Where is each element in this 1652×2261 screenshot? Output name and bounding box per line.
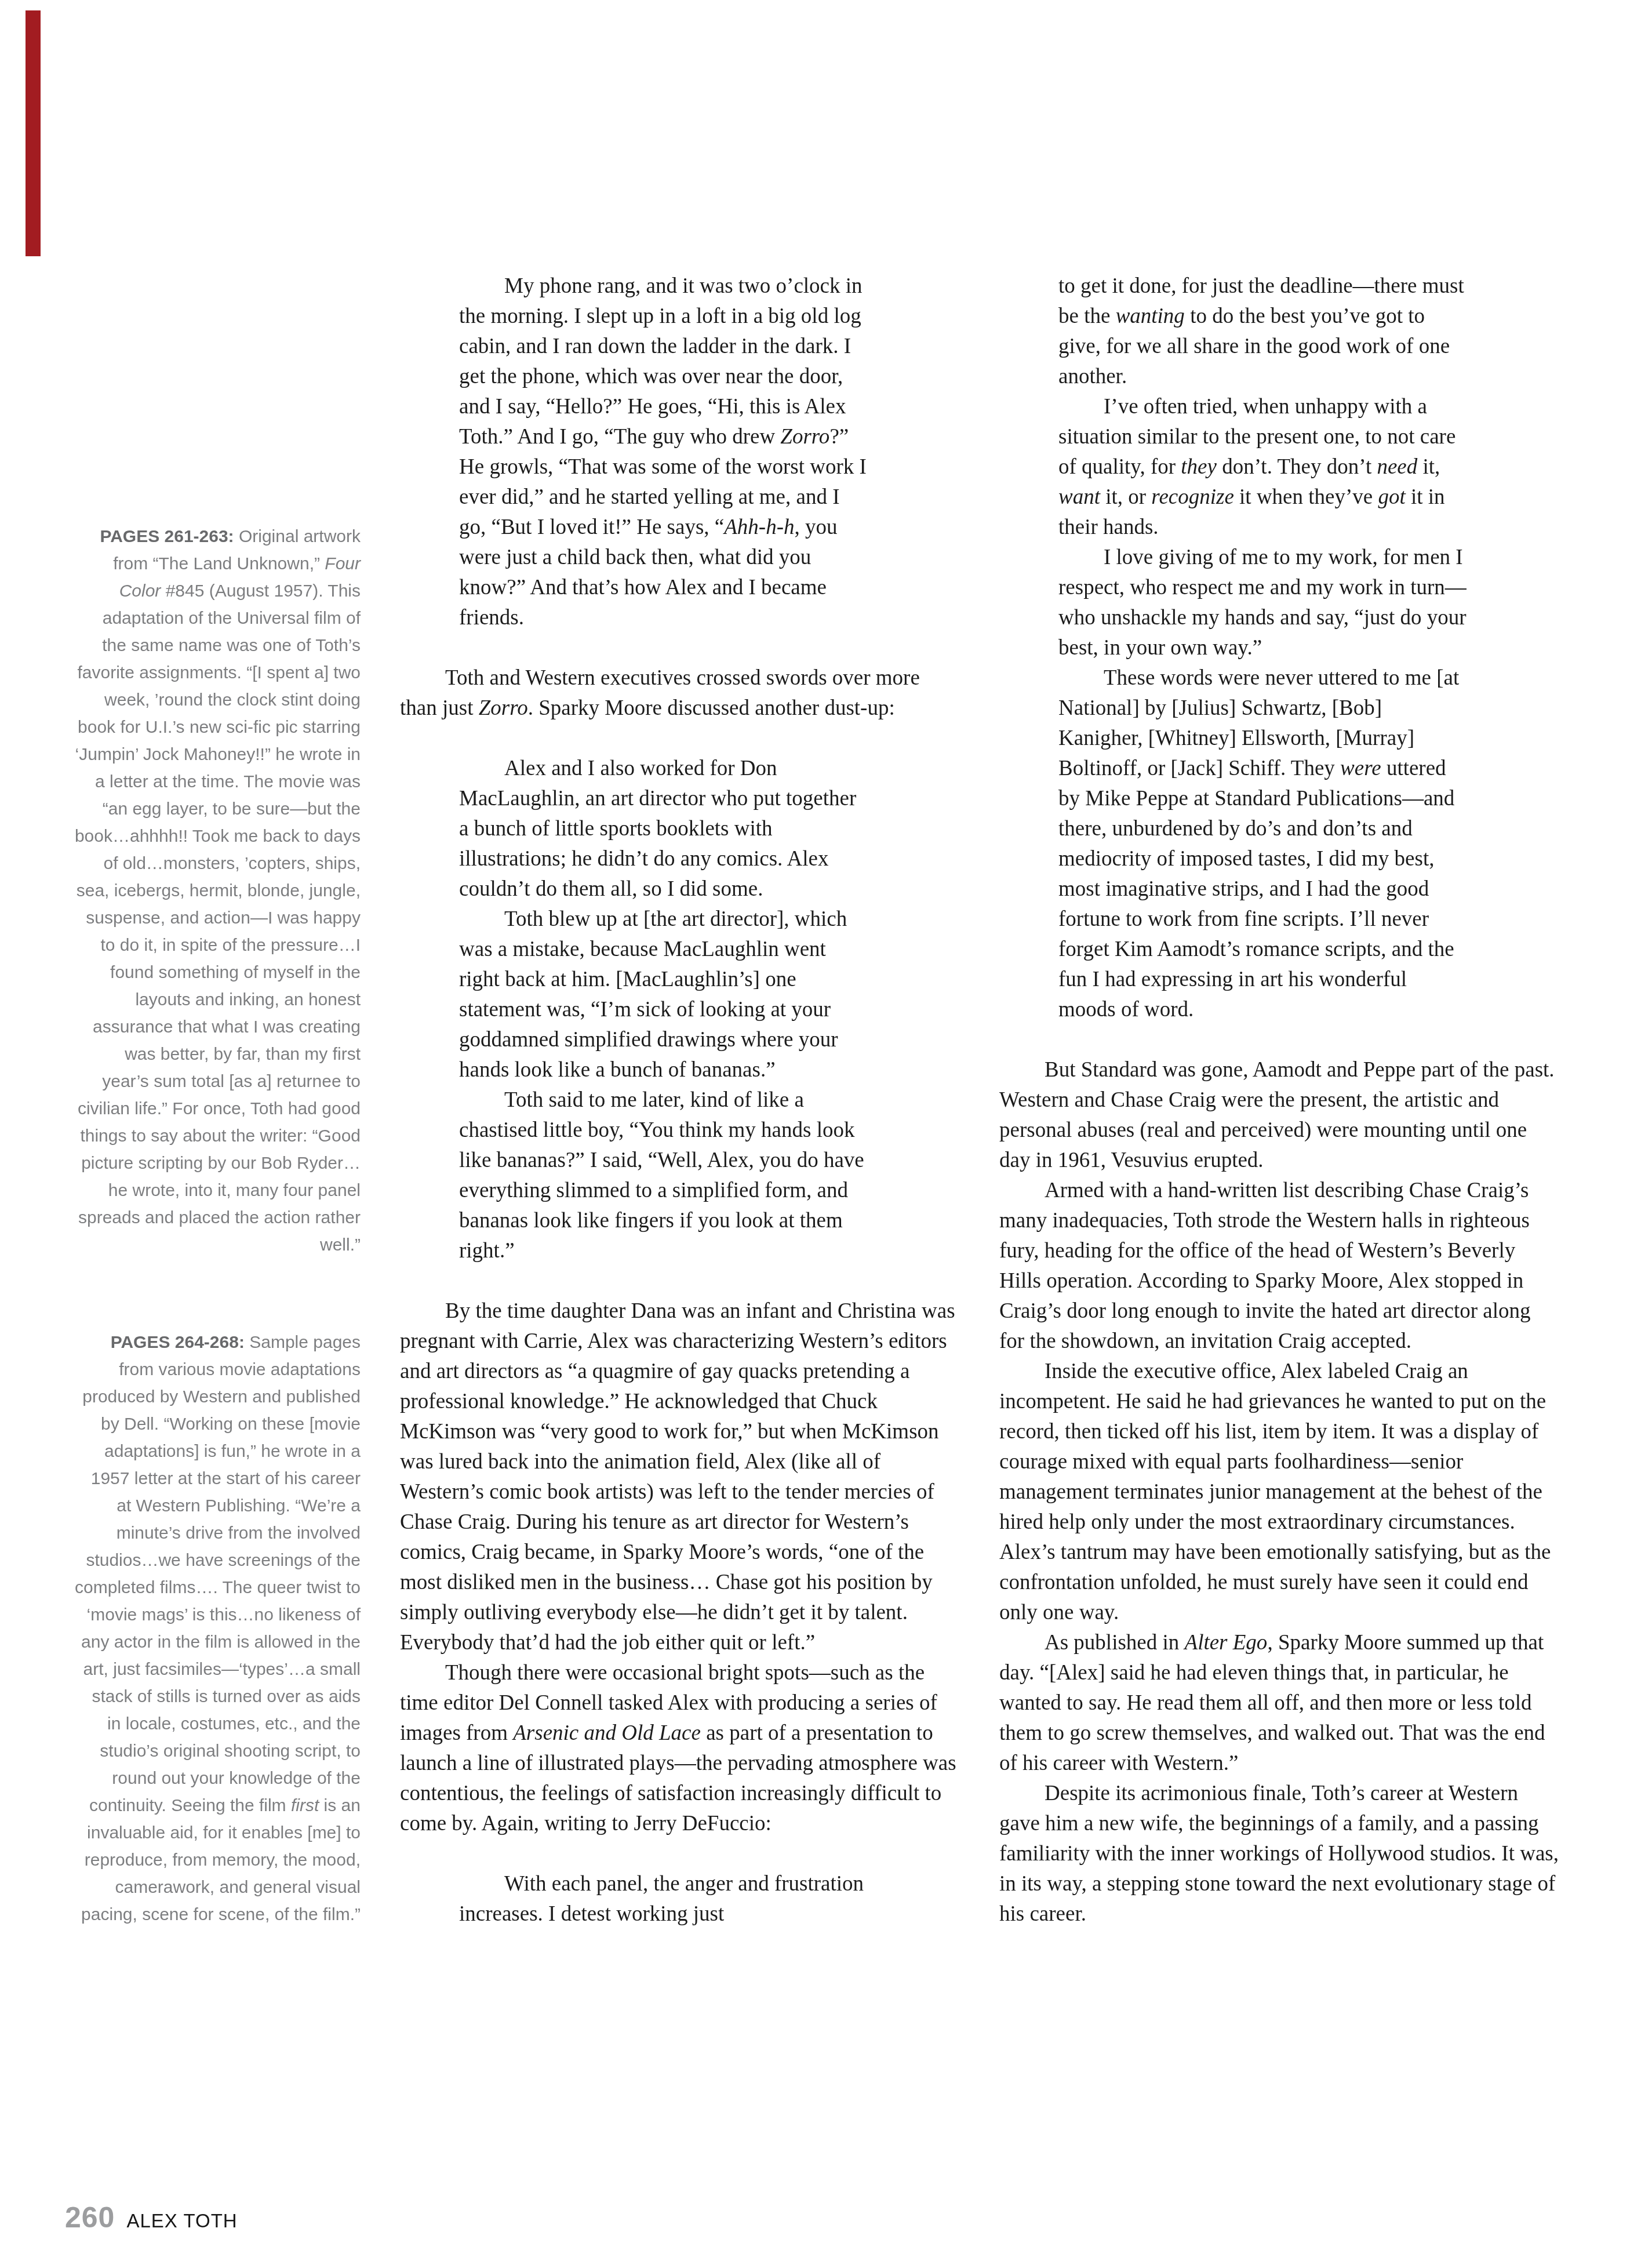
sidebar-caption-pages-264-268: PAGES 264-268: Sample pages from various… [74, 1329, 361, 1928]
paragraph: Toth blew up at [the art director], whic… [459, 904, 869, 1085]
paragraph: But Standard was gone, Aamodt and Peppe … [999, 1055, 1560, 1176]
paragraph: Despite its acrimonious finale, Toth’s c… [999, 1779, 1560, 1929]
paragraph: I love giving of me to my work, for men … [1058, 543, 1469, 663]
caption-label: PAGES 261-263: [100, 527, 239, 546]
paragraph: Armed with a hand-written list describin… [999, 1176, 1560, 1357]
paragraph: Alex and I also worked for Don MacLaughl… [459, 754, 869, 904]
paragraph: Toth and Western executives crossed swor… [400, 663, 961, 724]
paragraph: With each panel, the anger and frustrati… [459, 1869, 869, 1929]
blockquote: Alex and I also worked for Don MacLaughl… [400, 754, 961, 1266]
sidebar-caption-pages-261-263: PAGES 261-263: Original artwork from “Th… [74, 523, 361, 1259]
blockquote: With each panel, the anger and frustrati… [400, 1869, 961, 1929]
caption-label: PAGES 264-268: [111, 1333, 250, 1352]
paragraph: By the time daughter Dana was an infant … [400, 1296, 961, 1658]
paragraph: As published in Alter Ego, Sparky Moore … [999, 1628, 1560, 1779]
paragraph: Toth said to me later, kind of like a ch… [459, 1085, 869, 1266]
paragraph: to get it done, for just the deadline—th… [1058, 271, 1469, 392]
text-column-right: to get it done, for just the deadline—th… [999, 271, 1560, 1929]
text-column-left: My phone rang, and it was two o’clock in… [400, 271, 961, 1960]
blockquote: to get it done, for just the deadline—th… [999, 271, 1560, 1025]
paragraph: Inside the executive office, Alex labele… [999, 1357, 1560, 1628]
paragraph-group: Toth and Western executives crossed swor… [400, 663, 961, 724]
footer-book-title: ALEX TOTH [126, 2210, 237, 2232]
paragraph-group: By the time daughter Dana was an infant … [400, 1296, 961, 1839]
paragraph: My phone rang, and it was two o’clock in… [459, 271, 869, 633]
red-edge-tab [26, 10, 41, 256]
paragraph-group: But Standard was gone, Aamodt and Peppe … [999, 1055, 1560, 1929]
book-page: PAGES 261-263: Original artwork from “Th… [0, 0, 1652, 2261]
blockquote: My phone rang, and it was two o’clock in… [400, 271, 961, 633]
paragraph: I’ve often tried, when unhappy with a si… [1058, 392, 1469, 543]
paragraph: Though there were occasional bright spot… [400, 1658, 961, 1839]
page-number: 260 [65, 2201, 115, 2234]
paragraph: These words were never uttered to me [at… [1058, 663, 1469, 1025]
page-footer: 260 ALEX TOTH [65, 2201, 238, 2234]
